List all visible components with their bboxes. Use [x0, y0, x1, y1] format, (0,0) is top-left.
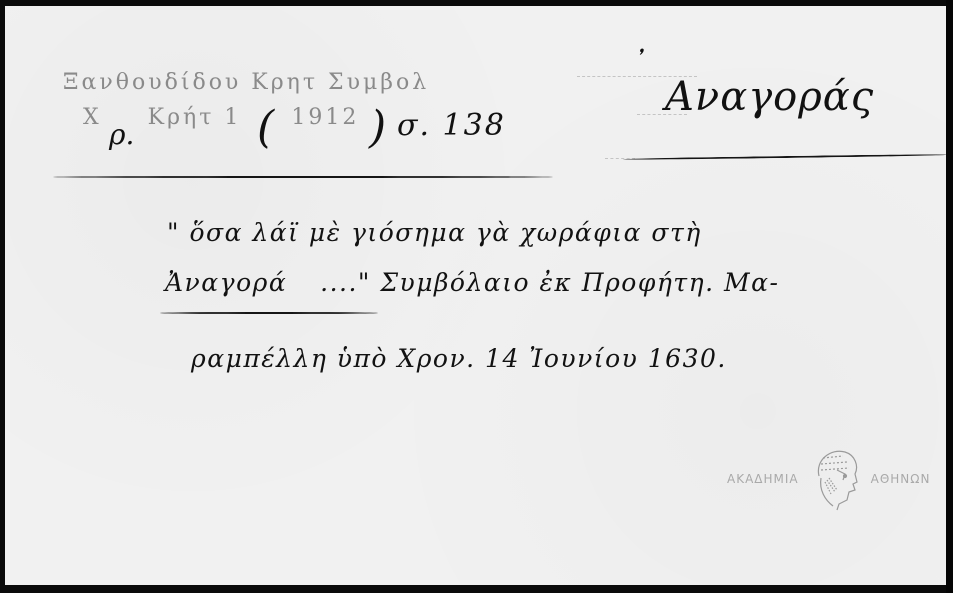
reference-handwritten-rho: ρ.: [109, 118, 134, 151]
reference-paren-close: ): [369, 102, 386, 153]
quotation-line-3: ραμπέλλη ὑπὸ Χρον. 14 Ἰουνίου 1630.: [191, 344, 727, 373]
watermark-right-text: ΑΘΗΝΩΝ: [871, 472, 931, 486]
headword-breathing-mark: ᾿: [633, 46, 647, 79]
reference-journal: Κρήτ 1: [148, 105, 242, 130]
headword-underline: [623, 154, 946, 161]
headword: Αναγοράς: [665, 74, 874, 120]
athena-head-icon: [809, 446, 861, 512]
quotation-headword: Ἀναγορά: [165, 268, 287, 297]
scan-frame-edge: [946, 0, 953, 593]
academy-watermark: ΑΚΑΔΗΜΙΑ ΑΘΗΝΩΝ: [727, 446, 930, 512]
quotation-line-2: Ἀναγορά ...." Συμβόλαιο ἐκ Προφήτη. Μα-: [165, 268, 779, 297]
watermark-left-text: ΑΚΑΔΗΜΙΑ: [727, 472, 799, 486]
reference-chi: Χ: [83, 105, 102, 130]
index-card: Ξανθουδίδου Κρητ Συμβολ Χ Κρήτ 1 1912 ρ.…: [5, 6, 946, 585]
reference-underline: [53, 176, 553, 178]
reference-page-number: σ. 138: [397, 108, 506, 143]
quotation-line-1: " ὅσα λάϊ μὲ γιόσημα γὰ χωράφια στὴ: [167, 218, 702, 247]
reference-year: 1912: [291, 105, 359, 130]
quotation-headword-underline: [160, 312, 378, 314]
reference-typed-line-1: Ξανθουδίδου Κρητ Συμβολ: [63, 70, 429, 95]
reference-paren-open: (: [257, 102, 274, 153]
quotation-line-2-rest: ...." Συμβόλαιο ἐκ Προφήτη. Μα-: [320, 268, 779, 297]
